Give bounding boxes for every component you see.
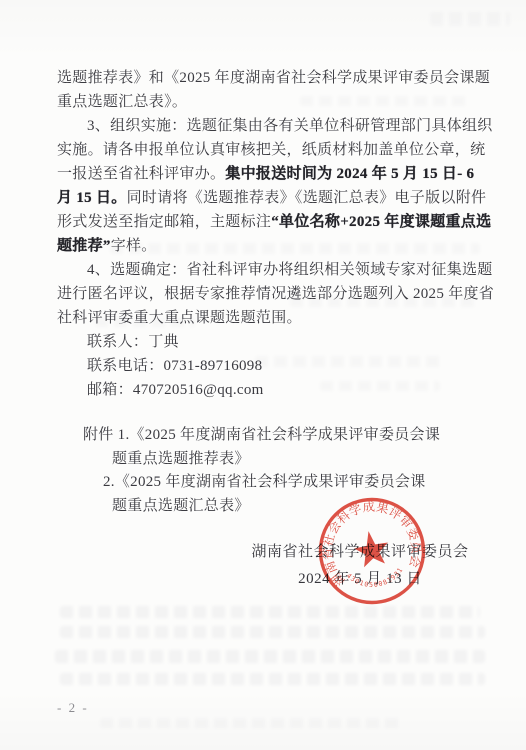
text-run: 3、组织实施：选题征集由各有关单位科研管理部门具体组织	[87, 118, 493, 134]
scan-ghost-text	[100, 718, 400, 728]
text-run: 字样。	[111, 238, 157, 254]
scan-ghost-text	[55, 650, 485, 663]
bold-text-run: 月 15 日。	[57, 190, 127, 206]
scan-ghost-text	[60, 606, 480, 618]
text-run: 形式发送至指定邮箱，主题标注	[57, 214, 271, 230]
scan-ghost-text	[430, 12, 510, 26]
text-run: 社科评审委重大重点课题选题范围。	[57, 310, 302, 326]
body-line: 社科评审委重大重点课题选题范围。	[57, 306, 481, 330]
text-run: 一报送至省社科评审办。	[57, 166, 225, 182]
scanned-document-page: 选题推荐表》和《2025 年度湖南省社会科学成果评审委员会课题重点选题汇总表》。…	[0, 0, 526, 750]
bold-text-run: 集中报送时间为 2024 年 5 月 15 日- 6	[225, 166, 474, 182]
attachment-line: 题重点选题汇总表》	[112, 495, 481, 519]
body-line: 一报送至省社科评审办。集中报送时间为 2024 年 5 月 15 日- 6	[57, 162, 481, 186]
bold-text-run: “单位名称+2025 年度课题重点选	[271, 214, 491, 230]
attachment-line: 附件 1.《2025 年度湖南省社会科学成果评审委员会课	[83, 424, 481, 448]
text-run: 重点选题汇总表》。	[57, 94, 187, 110]
text-run: 进行匿名评议，根据专家推荐情况遴选部分选题列入 2025 年度省	[57, 286, 494, 302]
scan-ghost-text	[60, 626, 485, 638]
body-line: 形式发送至指定邮箱，主题标注“单位名称+2025 年度课题重点选	[57, 210, 481, 234]
bold-text-run: 题推荐”	[57, 238, 111, 254]
body-line: 4、选题确定：省社科评审办将组织相关领域专家对征集选题	[57, 258, 481, 282]
text-run: 4、选题确定：省社科评审办将组织相关领域专家对征集选题	[87, 262, 493, 278]
text-run: 实施。请各申报单位认真审核把关，纸质材料加盖单位公章，统	[57, 142, 485, 158]
body-line: 3、组织实施：选题征集由各有关单位科研管理部门具体组织	[57, 114, 481, 138]
body-line: 月 15 日。同时请将《选题推荐表》《选题汇总表》电子版以附件	[57, 186, 481, 210]
text-run: 联系人：丁典	[87, 334, 179, 350]
body-line: 联系电话：0731-89716098	[57, 354, 481, 378]
body-line: 题推荐”字样。	[57, 234, 481, 258]
body-line: 选题推荐表》和《2025 年度湖南省社会科学成果评审委员会课题	[57, 66, 481, 90]
body-line: 重点选题汇总表》。	[57, 90, 481, 114]
body-line: 联系人：丁典	[57, 330, 481, 354]
text-run: 联系电话：0731-89716098	[87, 358, 262, 374]
body-line: 邮箱：470720516@qq.com	[57, 378, 481, 402]
issue-date: 2024 年 5 月 13 日	[230, 566, 490, 593]
signature-block: 湖南省社会科学成果评审委员会 2024 年 5 月 13 日	[230, 539, 490, 593]
document-body: 选题推荐表》和《2025 年度湖南省社会科学成果评审委员会课题重点选题汇总表》。…	[57, 66, 481, 402]
page-number: - 2 -	[57, 700, 89, 716]
attachment-line: 2.《2025 年度湖南省社会科学成果评审委员会课	[103, 471, 481, 495]
body-line: 实施。请各申报单位认真审核把关，纸质材料加盖单位公章，统	[57, 138, 481, 162]
body-line: 进行匿名评议，根据专家推荐情况遴选部分选题列入 2025 年度省	[57, 282, 481, 306]
text-run: 邮箱：470720516@qq.com	[87, 382, 264, 398]
attachment-line: 题重点选题推荐表》	[112, 448, 481, 472]
scan-ghost-text	[60, 673, 485, 685]
text-run: 选题推荐表》和《2025 年度湖南省社会科学成果评审委员会课题	[57, 70, 490, 86]
attachment-list: 附件 1.《2025 年度湖南省社会科学成果评审委员会课 题重点选题推荐表》 2…	[57, 424, 481, 518]
issuing-organization: 湖南省社会科学成果评审委员会	[230, 539, 490, 566]
text-run: 同时请将《选题推荐表》《选题汇总表》电子版以附件	[127, 190, 487, 206]
